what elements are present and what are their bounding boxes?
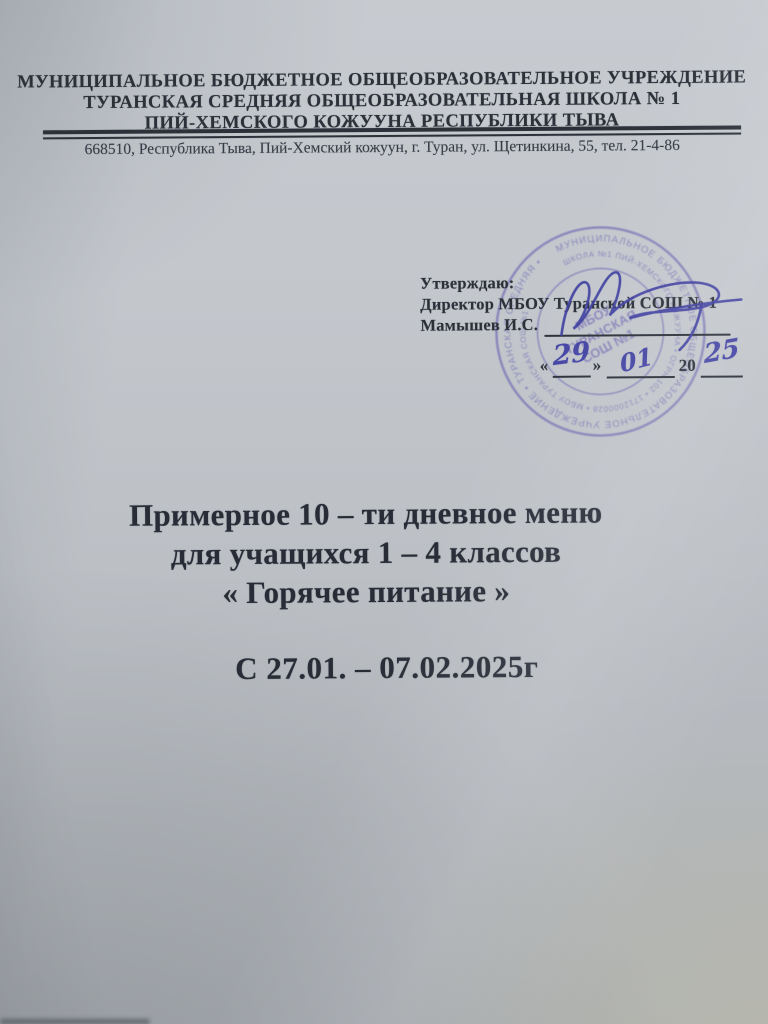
handwritten-day: 29 [552,336,590,372]
date-open-quote: « [540,356,549,376]
date-century: 20 [679,356,696,376]
paper-sheet: МУНИЦИПАЛЬНОЕ БЮДЖЕТНОЕ ОБЩЕОБРАЗОВАТЕЛЬ… [0,0,768,1024]
letterhead-address: 668510, Республика Тыва, Пий-Хемский кож… [0,136,766,159]
paper-bottom-edge-shadow [0,1019,150,1024]
title-line-1: Примерное 10 – ти дневное меню [41,494,691,535]
approval-label: Утверждаю: [420,273,514,294]
date-close-quote: » [593,355,602,375]
document-photo: МУНИЦИПАЛЬНОЕ БЮДЖЕТНОЕ ОБЩЕОБРАЗОВАТЕЛЬ… [0,0,768,1024]
approval-name: Мамышев И.С. [420,315,538,336]
handwritten-year: 25 [703,333,740,370]
menu-period: С 27.01. – 07.02.2025г [107,648,667,688]
title-line-2: для учащихся 1 – 4 классов [41,533,691,574]
title-line-3: « Горячее питание » [41,572,691,613]
